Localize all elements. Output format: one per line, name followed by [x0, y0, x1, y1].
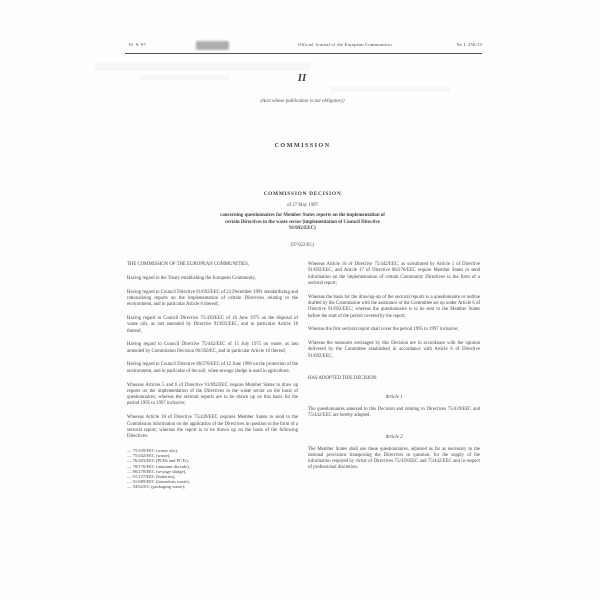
- article-1-body: The questionnaires annexed to this Decis…: [308, 407, 480, 420]
- preamble-paragraph: Having regard to Council Directive 91/69…: [127, 290, 298, 309]
- left-column: THE COMMISSION OF THE EUROPEAN COMMUNITI…: [127, 262, 298, 490]
- whereas-paragraph: Whereas Article 18 of Directive 75/439/E…: [127, 415, 298, 440]
- decision-subject-line-1: concerning questionnaires for Member Sta…: [150, 213, 455, 220]
- decision-subject-line-3: 91/692/EEC): [150, 226, 455, 233]
- acts-note: (Acts whose publication is not obligator…: [150, 99, 455, 104]
- decision-heading: COMMISSION DECISION: [150, 191, 455, 197]
- preamble-paragraph: Having regard to Council Directive 86/27…: [127, 362, 298, 375]
- article-2-body: The Member States shall use these questi…: [308, 447, 480, 472]
- whereas-paragraph: Whereas the first sectoral report shall …: [308, 327, 480, 333]
- directive-list-item: — 94/62/EC (packaging waste);: [127, 484, 298, 489]
- preamble-opening: THE COMMISSION OF THE EUROPEAN COMMUNITI…: [127, 262, 298, 268]
- decision-number: (97/622/EC): [150, 243, 455, 248]
- preamble-paragraph: Having regard to the Treaty establishing…: [127, 276, 298, 282]
- whereas-paragraph: Whereas Article 16 of Directive 75/442/E…: [308, 262, 480, 287]
- decision-subject: concerning questionnaires for Member Sta…: [150, 213, 455, 233]
- header-journal-title: Official Journal of the European Communi…: [260, 42, 430, 47]
- commission-heading: COMMISSION: [150, 142, 455, 149]
- scan-streak: [330, 86, 450, 92]
- header-date: 19. 9. 97: [128, 42, 146, 47]
- scan-streak: [140, 75, 230, 80]
- section-marker: II: [294, 72, 310, 84]
- directive-list: — 75/439/EEC (waste oils), — 75/442/EEC …: [127, 448, 298, 490]
- right-column: Whereas Article 16 of Directive 75/442/E…: [308, 262, 480, 479]
- header-rule: [125, 53, 482, 54]
- page-scan-layer: 19. 9. 97 Official Journal of the Europe…: [0, 0, 600, 600]
- decision-date: of 27 May 1997: [150, 203, 455, 208]
- whereas-paragraph: Whereas the measures envisaged by this D…: [308, 341, 480, 360]
- preamble-paragraph: Having regard to Council Directive 75/43…: [127, 316, 298, 335]
- article-2-heading: Article 2: [308, 435, 480, 441]
- scanned-page: 19. 9. 97 Official Journal of the Europe…: [0, 0, 600, 600]
- scan-streak: [95, 62, 310, 71]
- whereas-paragraph: Whereas Articles 5 and 6 of Directive 91…: [127, 383, 298, 408]
- preamble-paragraph: Having regard to Council Directive 75/44…: [127, 342, 298, 355]
- decision-subject-line-2: certain Directives in the waste sector (…: [150, 220, 455, 227]
- ink-smudge: [196, 41, 229, 50]
- header-issue-page: No L 256/13: [438, 42, 482, 47]
- adoption-clause: HAS ADOPTED THIS DECISION:: [308, 376, 480, 382]
- article-1-heading: Article 1: [308, 395, 480, 401]
- whereas-paragraph: Whereas the basis for the drawing-up of …: [308, 295, 480, 320]
